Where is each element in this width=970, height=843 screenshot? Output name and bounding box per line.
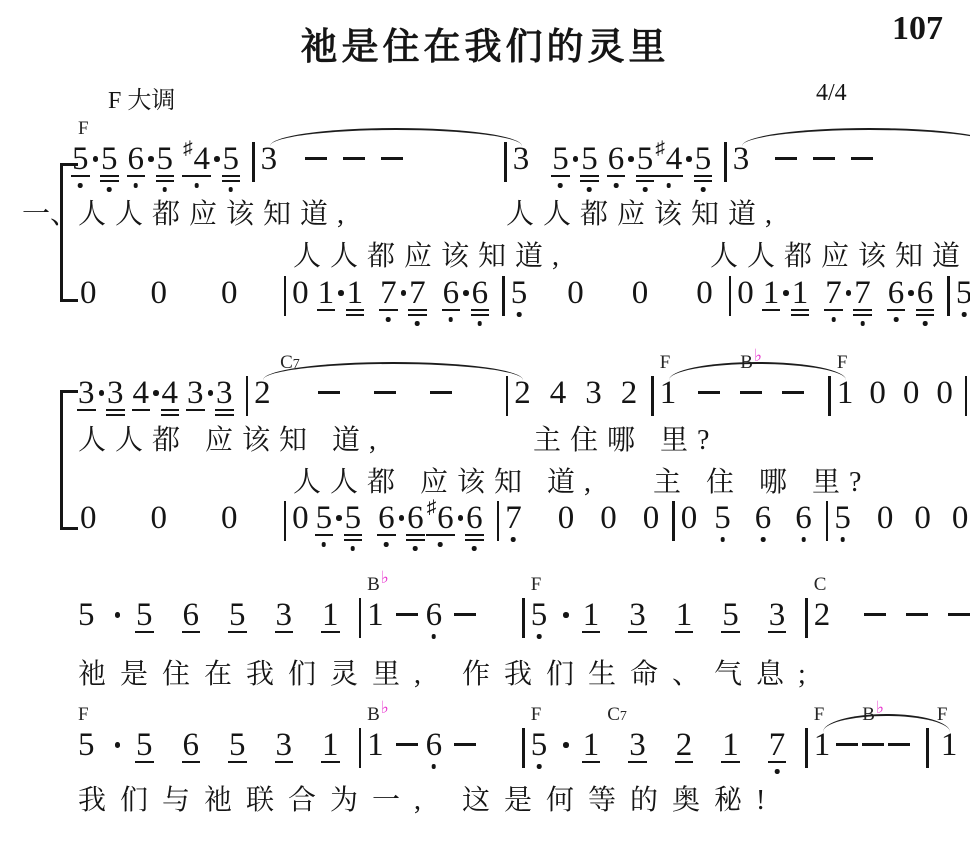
note: 3	[187, 378, 204, 408]
lyrics-voice2-phrase2: 主 住 哪 里?	[653, 460, 870, 500]
chord-label: B♭	[367, 575, 389, 594]
barline	[359, 600, 362, 630]
low-octave-dot	[78, 183, 83, 188]
low-octave-dot	[840, 537, 845, 542]
low-octave-dot	[666, 183, 671, 188]
barline	[502, 278, 505, 308]
low-octave-dot	[478, 321, 483, 326]
note: 5	[637, 144, 654, 174]
dash	[396, 600, 418, 630]
barline	[965, 378, 968, 408]
lyrics-phrase2: 作我们生命、气息;	[462, 652, 820, 692]
dash	[454, 730, 476, 760]
flat-icon: ♭	[381, 568, 389, 587]
note: 5	[581, 144, 598, 174]
note: 6	[466, 503, 483, 533]
chord-label: F	[531, 575, 542, 594]
note: 5	[316, 503, 333, 533]
note: 3	[78, 378, 95, 408]
rest: 0	[936, 378, 953, 408]
barline	[522, 600, 525, 630]
low-octave-dot	[415, 321, 420, 326]
note: 6	[183, 730, 200, 760]
note: 6	[128, 144, 145, 174]
rest: 0	[643, 503, 660, 533]
note: 5F	[531, 730, 548, 760]
dash	[948, 600, 970, 630]
rest: 0	[696, 278, 713, 308]
barline	[826, 503, 829, 533]
chord-label: F	[78, 705, 89, 724]
chord-label: F	[837, 353, 848, 372]
note: 5	[552, 144, 569, 174]
rest: 0	[151, 503, 168, 533]
note: ♯4	[655, 144, 682, 174]
low-octave-dot	[537, 634, 542, 639]
dash	[775, 144, 797, 174]
augmentation-dot	[93, 144, 99, 174]
low-octave-dot	[413, 546, 418, 551]
augmentation-dot	[99, 378, 105, 408]
lyrics-voice1-phrase1: 人人都应该知道,	[78, 192, 353, 232]
lyrics-voice2-phrase1: 人人都应该知道,	[293, 234, 568, 274]
augmentation-dot	[338, 278, 344, 308]
note: 1F	[837, 378, 854, 408]
system-3: 5565311B♭65F131532C 祂是住在我们灵里, 作我们生命、气息;	[0, 582, 970, 710]
chord-label: B♭	[367, 705, 389, 724]
note: ♯4	[183, 144, 210, 174]
low-octave-dot	[432, 764, 437, 769]
low-octave-dot	[384, 542, 389, 547]
note: 1F	[814, 730, 831, 760]
augmentation-dot	[399, 503, 405, 533]
time-signature: 4/4	[816, 80, 847, 107]
note: 1B♭	[367, 600, 384, 630]
augmentation-dot	[563, 600, 569, 630]
dash	[888, 730, 910, 760]
augmentation-dot	[214, 144, 220, 174]
melody-line-1: 5F565♯45335565♯4533	[72, 144, 970, 174]
note: 6	[426, 730, 443, 760]
low-octave-dot	[962, 312, 967, 317]
augmentation-dot	[458, 503, 464, 533]
note: 6	[888, 278, 905, 308]
note: 3	[216, 378, 233, 408]
dash	[396, 730, 418, 760]
augmentation-dot	[783, 278, 789, 308]
barline	[805, 730, 808, 760]
lyrics-voice2-phrase1: 人人都 应该知 道,	[293, 460, 600, 500]
note: 1	[722, 730, 739, 760]
rest: 0	[681, 503, 698, 533]
note: 5	[229, 730, 246, 760]
rest: 0	[292, 503, 309, 533]
barline	[284, 503, 287, 533]
barline	[284, 278, 287, 308]
note: 1	[318, 278, 335, 308]
low-octave-dot	[517, 312, 522, 317]
tie-slur	[823, 714, 950, 732]
rest: 0	[903, 378, 920, 408]
low-octave-dot	[537, 764, 542, 769]
low-octave-dot	[133, 183, 138, 188]
rest: 0	[869, 378, 886, 408]
note: 4	[162, 378, 179, 408]
barline	[729, 278, 732, 308]
barline	[828, 378, 831, 408]
augmentation-dot	[908, 278, 914, 308]
bass-line-1: 0000117766500001177665	[80, 278, 970, 308]
barline	[246, 378, 249, 408]
note: 7	[380, 278, 397, 308]
note: 1	[347, 278, 364, 308]
note: 2	[621, 378, 638, 408]
rest: 0	[567, 278, 584, 308]
lyrics-voice1-phrase1: 人人都 应该知 道,	[78, 418, 385, 458]
note: 5	[223, 144, 240, 174]
chord-label: C	[814, 575, 827, 594]
barline	[497, 503, 500, 533]
system-4: 5F565311B♭65F13C72171FB♭1F 我们与祂联合为一, 这是何…	[0, 712, 970, 843]
melody-line-2: 3344332C724321FB♭1F000	[78, 378, 970, 408]
tie-slur	[270, 128, 522, 146]
note: ♯6	[427, 503, 454, 533]
dash	[305, 144, 327, 174]
dash	[698, 378, 720, 408]
note: 3	[585, 378, 602, 408]
low-octave-dot	[614, 183, 619, 188]
low-octave-dot	[432, 634, 437, 639]
note: 6	[378, 503, 395, 533]
augmentation-dot	[208, 378, 214, 408]
chord-label: F	[78, 119, 89, 138]
dash	[836, 730, 858, 760]
augmentation-dot	[563, 730, 569, 760]
note: 5	[229, 600, 246, 630]
voice-bracket	[60, 390, 78, 530]
dash	[782, 378, 804, 408]
augmentation-dot	[115, 600, 121, 630]
note: 7	[505, 503, 522, 533]
low-octave-dot	[438, 542, 443, 547]
note: 2	[514, 378, 531, 408]
note: 5	[714, 503, 731, 533]
rest: 0	[221, 503, 238, 533]
low-octave-dot	[923, 321, 928, 326]
augmentation-dot	[148, 144, 154, 174]
tie-slur	[263, 362, 523, 380]
lyrics-voice2-phrase2: 人人都应该知道,	[710, 234, 970, 274]
sheet-music-page: 107 祂是住在我们的灵里 F 大调 4/4 5F565♯45335565♯45…	[0, 0, 970, 843]
note: 3	[733, 144, 750, 174]
tie-slur	[742, 128, 970, 146]
note: 1F	[660, 378, 677, 408]
dash	[813, 144, 835, 174]
note: 5	[695, 144, 712, 174]
barline	[926, 730, 929, 760]
flat-icon: ♭	[381, 698, 389, 717]
barline	[252, 144, 255, 174]
low-octave-dot	[472, 546, 477, 551]
note: 1F	[941, 730, 958, 760]
system-2: 3344332C724321FB♭1F000 人人都 应该知 道, 主住哪 里?…	[0, 348, 970, 570]
voice-bracket	[60, 163, 78, 302]
note: 4	[133, 378, 150, 408]
low-octave-dot	[194, 183, 199, 188]
note: 5	[511, 278, 528, 308]
chord-label: F	[660, 353, 671, 372]
low-octave-dot	[860, 321, 865, 326]
note: 6	[407, 503, 424, 533]
low-octave-dot	[831, 317, 836, 322]
lyrics-phrase1: 祂是住在我们灵里,	[78, 652, 435, 692]
dash	[851, 144, 873, 174]
note: 5F	[531, 600, 548, 630]
note: 5	[834, 503, 851, 533]
barline	[805, 600, 808, 630]
note: 6	[917, 278, 934, 308]
dash	[454, 600, 476, 630]
sharp-icon: ♯	[427, 498, 437, 517]
tie-slur	[669, 362, 846, 380]
note: 5	[956, 278, 970, 308]
low-octave-dot	[558, 183, 563, 188]
dash: B♭	[862, 730, 884, 760]
rest: 0	[632, 278, 649, 308]
augmentation-dot	[686, 144, 692, 174]
note: 6	[443, 278, 460, 308]
rest: 0	[600, 503, 617, 533]
low-octave-dot	[386, 317, 391, 322]
rest: 0	[80, 278, 97, 308]
low-octave-dot	[801, 537, 806, 542]
augmentation-dot	[573, 144, 579, 174]
low-octave-dot	[894, 317, 899, 322]
augmentation-dot	[401, 278, 407, 308]
note: 1	[676, 600, 693, 630]
low-octave-dot	[351, 546, 356, 551]
key-signature: F 大调	[108, 80, 175, 115]
system-1: 5F565♯45335565♯4533 一、 人人都应该知道, 人人都应该知道,…	[0, 128, 970, 348]
barline	[724, 144, 727, 174]
verse-number: 一、	[22, 192, 78, 232]
low-octave-dot	[720, 537, 725, 542]
augmentation-dot	[463, 278, 469, 308]
note: 6	[426, 600, 443, 630]
note: 3	[276, 730, 293, 760]
note: 6	[608, 144, 625, 174]
melody-line-3: 5565311B♭65F131532C	[78, 600, 970, 630]
barline	[359, 730, 362, 760]
song-title: 祂是住在我们的灵里	[0, 16, 970, 70]
low-octave-dot	[511, 537, 516, 542]
augmentation-dot	[846, 278, 852, 308]
dash	[343, 144, 365, 174]
rest: 0	[221, 278, 238, 308]
chord-label: F	[814, 705, 825, 724]
note: 7	[769, 730, 786, 760]
barline	[947, 278, 950, 308]
barline	[651, 378, 654, 408]
note: 5	[78, 600, 95, 630]
melody-line-4: 5F565311B♭65F13C72171FB♭1F	[78, 730, 970, 760]
dash	[430, 378, 452, 408]
note: 6	[183, 600, 200, 630]
note: 4	[550, 378, 567, 408]
bass-line-2: 00005566♯66700005665000	[80, 503, 970, 533]
dash	[864, 600, 886, 630]
note: 3	[276, 600, 293, 630]
note: 2C	[814, 600, 831, 630]
augmentation-dot	[628, 144, 634, 174]
chord-label: F	[531, 705, 542, 724]
note: 1	[322, 730, 339, 760]
rest: 0	[292, 278, 309, 308]
note: 1	[792, 278, 809, 308]
barline	[504, 144, 507, 174]
note: 3	[107, 378, 124, 408]
dash	[374, 378, 396, 408]
note: 1B♭	[367, 730, 384, 760]
note: 6	[472, 278, 489, 308]
note: 5F	[78, 730, 95, 760]
dash	[318, 378, 340, 408]
note: 3	[629, 600, 646, 630]
rest: 0	[877, 503, 894, 533]
dash	[906, 600, 928, 630]
note: 7	[409, 278, 426, 308]
lyrics-phrase2: 这是何等的奥秘!	[462, 778, 779, 818]
note: 5F	[72, 144, 89, 174]
augmentation-dot	[115, 730, 121, 760]
barline	[506, 378, 509, 408]
lyrics-voice1-phrase2: 主住哪 里?	[533, 418, 718, 458]
note: 5	[136, 600, 153, 630]
note: 5	[345, 503, 362, 533]
note: 6	[755, 503, 772, 533]
augmentation-dot	[153, 378, 159, 408]
note: 2	[676, 730, 693, 760]
note: 3C7	[629, 730, 646, 760]
note: 3	[513, 144, 530, 174]
note: 7	[825, 278, 842, 308]
note: 7	[854, 278, 871, 308]
lyrics-phrase1: 我们与祂联合为一,	[78, 778, 435, 818]
note: 3	[261, 144, 278, 174]
note: 1	[322, 600, 339, 630]
sharp-icon: ♯	[655, 139, 665, 158]
dash: B♭	[740, 378, 762, 408]
note: 6	[795, 503, 812, 533]
note: 1	[763, 278, 780, 308]
rest: 0	[558, 503, 575, 533]
sharp-icon: ♯	[183, 139, 193, 158]
rest: 0	[151, 278, 168, 308]
note: 5	[157, 144, 174, 174]
rest: 0	[952, 503, 969, 533]
rest: 0	[914, 503, 931, 533]
low-octave-dot	[322, 542, 327, 547]
low-octave-dot	[775, 769, 780, 774]
low-octave-dot	[761, 537, 766, 542]
note: 1	[583, 600, 600, 630]
chord-label: C7	[607, 705, 627, 724]
note: 5	[101, 144, 118, 174]
note: 3	[769, 600, 786, 630]
dash	[381, 144, 403, 174]
lyrics-voice1-phrase2: 人人都应该知道,	[506, 192, 781, 232]
rest: 0	[80, 503, 97, 533]
note: 1	[583, 730, 600, 760]
barline	[522, 730, 525, 760]
note: 5	[722, 600, 739, 630]
augmentation-dot	[336, 503, 342, 533]
note: 2C7	[254, 378, 271, 408]
barline	[672, 503, 675, 533]
note: 5	[136, 730, 153, 760]
rest: 0	[737, 278, 754, 308]
low-octave-dot	[449, 317, 454, 322]
